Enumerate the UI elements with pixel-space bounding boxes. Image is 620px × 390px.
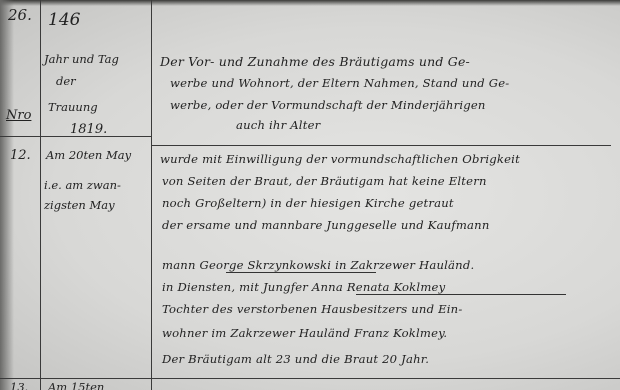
entry-text-line-2: von Seiten der Braut, der Bräutigam hat … — [162, 174, 487, 188]
entry-text-line-3: noch Großeltern) in der hiesigen Kirche … — [162, 196, 454, 210]
header-remarks-line-2: werbe und Wohnort, der Eltern Nahmen, St… — [170, 76, 509, 90]
entry-nr: 12. — [10, 148, 31, 163]
entry-date-line-2: i.e. am zwan- — [44, 178, 121, 192]
next-entry-nr: 13. — [10, 380, 28, 390]
entry-text-line-8: wohner im Zakrzewer Hauländ Franz Koklme… — [162, 326, 447, 340]
entry-text-line-5: mann George Skrzynkowski in Zakrzewer Ha… — [162, 258, 474, 272]
header-remarks-line-1: Der Vor- und Zunahme des Bräutigams und … — [160, 54, 470, 69]
header-date-line-3: Trauung — [48, 100, 98, 114]
scan-shadow-left — [0, 0, 14, 390]
name-underline-groom — [226, 272, 376, 273]
entry-text-line-9: Der Bräutigam alt 23 und die Braut 20 Ja… — [162, 352, 429, 366]
entry-text-line-6: in Diensten, mit Jungfer Anna Renata Kok… — [162, 280, 445, 294]
column-divider-date — [151, 0, 152, 390]
header-date-line-1: Jahr und Tag — [44, 52, 119, 66]
entry-text-line-1: wurde mit Einwilligung der vormundschaft… — [160, 152, 520, 166]
scan-shadow-top — [0, 0, 620, 6]
row-divider-entry — [0, 378, 620, 379]
header-year: 1819. — [70, 122, 107, 137]
column-divider-nr — [40, 0, 41, 390]
entry-text-line-4: der ersame und mannbare Junggeselle und … — [162, 218, 490, 232]
header-date-line-2: der — [56, 74, 76, 88]
header-nr-top: 26. — [8, 6, 32, 24]
document-page: 26. Nro 146 Jahr und Tag der Trauung 181… — [0, 0, 620, 390]
entry-date-line-1: Am 20ten May — [46, 148, 131, 162]
page-number: 146 — [48, 10, 80, 30]
next-entry-date: Am 15ten — [48, 380, 104, 390]
header-nr-label: Nro — [6, 108, 31, 123]
row-divider-header-right — [151, 145, 611, 146]
entry-text-line-7: Tochter des verstorbenen Hausbesitzers u… — [162, 302, 462, 316]
name-underline-bride — [356, 294, 566, 295]
header-remarks-line-4: auch ihr Alter — [236, 118, 320, 132]
header-remarks-line-3: werbe, oder der Vormundschaft der Minder… — [170, 98, 486, 112]
entry-date-line-3: zigsten May — [44, 198, 115, 212]
